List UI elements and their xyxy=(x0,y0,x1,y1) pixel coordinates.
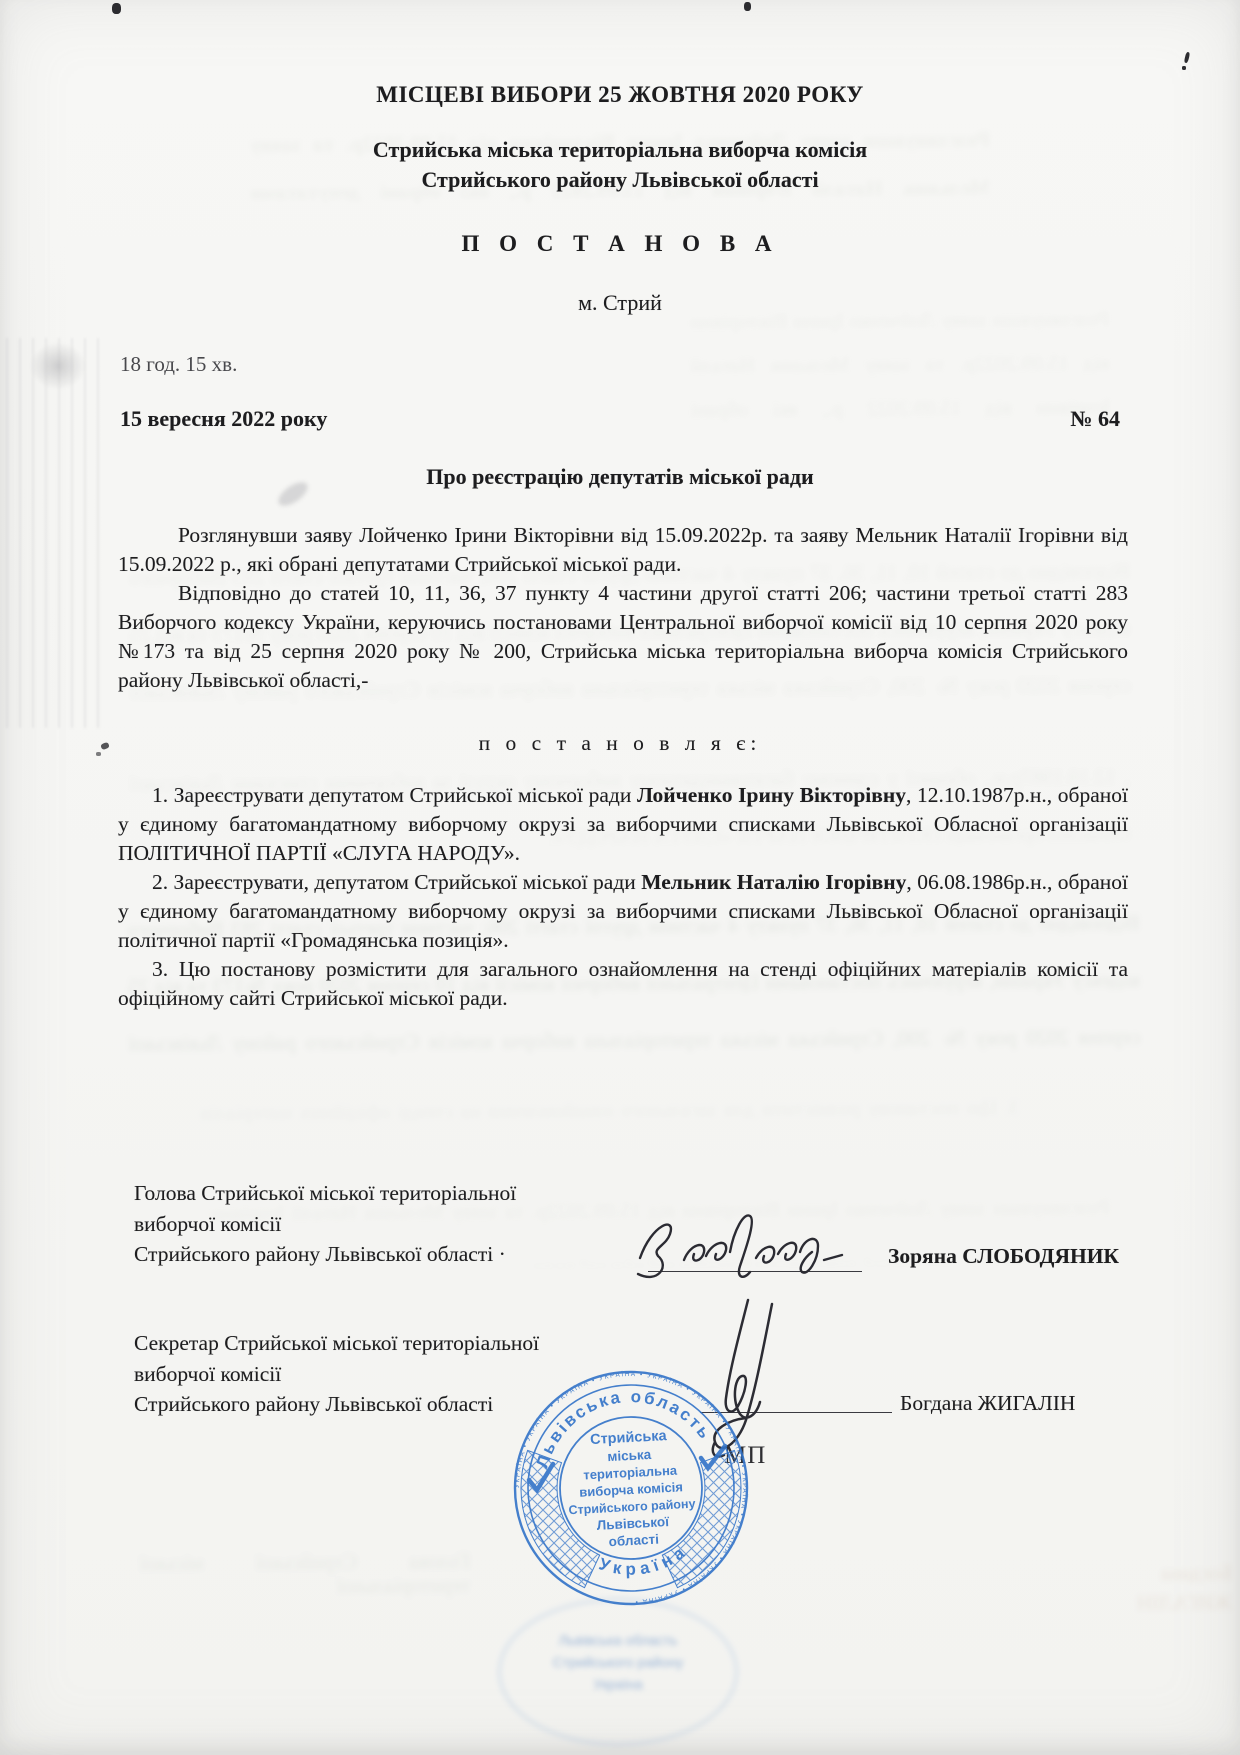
ink-mark xyxy=(100,742,110,750)
document-title: Про реєстрацію депутатів міської ради xyxy=(116,464,1124,490)
preamble-paragraph: Відповідно до статей 10, 11, 36, 37 пунк… xyxy=(118,579,1128,695)
commission-stamp: УКРАЇНА • УКРАЇНА • УКРАЇНА • УКРАЇНА • … xyxy=(511,1368,751,1608)
bleed-through-text: Богдана ЖИГАЛІН xyxy=(1062,1557,1232,1622)
svg-text:Львівської: Львівської xyxy=(596,1514,670,1533)
secretary-name: Богдана ЖИГАЛІН xyxy=(900,1391,1075,1416)
head-signature xyxy=(618,1196,850,1290)
item-text: 1. Зареєструвати депутатом Стрийської мі… xyxy=(152,783,637,807)
head-name: Зоряна СЛОБОДЯНИК xyxy=(888,1244,1119,1269)
ink-speck xyxy=(112,3,121,14)
svg-text:області: області xyxy=(608,1532,659,1550)
resolves-word: п о с т а н о в л я є: xyxy=(116,731,1124,756)
stamp-ghost-line: Україна xyxy=(501,1673,735,1695)
resolution-item-3: 3. Цю постанову розмістити для загальног… xyxy=(118,955,1128,1013)
svg-text:міська: міська xyxy=(607,1447,652,1464)
stamp-ghost-line: Львівська область xyxy=(501,1629,735,1651)
deputy-name: Мельник Наталію Ігорівну xyxy=(641,870,906,894)
scanned-document-page: Розглянувши заяву Лойченко Ірини Вікторі… xyxy=(0,0,1240,1755)
document-number: № 64 xyxy=(1070,406,1120,432)
date-number-row: 15 вересня 2022 року № 64 xyxy=(120,406,1120,432)
preamble-block: Розглянувши заяву Лойченко Ірини Вікторі… xyxy=(118,521,1128,695)
stamp-bleed-through: Львівська область Стрийського району Укр… xyxy=(498,1598,738,1746)
bleed-through-text: Голова Стрийської міської територіальної xyxy=(140,1549,470,1599)
scan-streak-artifact xyxy=(6,338,106,728)
document-date: 15 вересня 2022 року xyxy=(120,406,327,432)
resolution-item-1: 1. Зареєструвати депутатом Стрийської мі… xyxy=(118,781,1128,868)
election-header: МІСЦЕВІ ВИБОРИ 25 ЖОВТНЯ 2020 РОКУ xyxy=(116,82,1124,108)
stamp-ghost-line: Стрийського району xyxy=(501,1651,735,1673)
bleed-through-text: 3. Цю постанову розмістити для загальног… xyxy=(200,1079,1020,1151)
document-type-title: П О С Т А Н О В А xyxy=(116,231,1124,257)
role-line: Секретар Стрийської міської територіальн… xyxy=(134,1328,694,1359)
ink-mark xyxy=(1182,66,1186,70)
resolution-items-block: 1. Зареєструвати депутатом Стрийської мі… xyxy=(118,781,1128,1013)
commission-name-line1: Стрийська міська територіальна виборча к… xyxy=(116,137,1124,163)
commission-name-line2: Стрийського району Львівської області xyxy=(116,167,1124,193)
svg-text:Стрийська: Стрийська xyxy=(590,1428,668,1448)
role-line: Стрийського району Львівської області · xyxy=(134,1239,694,1270)
role-line: Голова Стрийської міської територіальної xyxy=(134,1178,694,1209)
ink-speck xyxy=(744,2,751,11)
stamp-center-text: Стрийська міська територіальна виборча к… xyxy=(565,1427,698,1551)
deputy-name: Лойченко Ірину Вікторівну xyxy=(637,783,906,807)
preamble-paragraph: Розглянувши заяву Лойченко Ірини Вікторі… xyxy=(118,521,1128,579)
head-role-block: Голова Стрийської міської територіальної… xyxy=(134,1178,694,1270)
ink-mark xyxy=(96,752,101,756)
role-line: виборчої комісії xyxy=(134,1209,694,1240)
svg-text:Стрийського району: Стрийського району xyxy=(568,1497,696,1518)
item-text: 3. Цю постанову розмістити для загальног… xyxy=(118,957,1128,1010)
item-text: 2. Зареєструвати, депутатом Стрийської м… xyxy=(152,870,641,894)
city-line: м. Стрий xyxy=(116,290,1124,316)
svg-text:виборча комісія: виборча комісія xyxy=(579,1479,683,1499)
time-line: 18 год. 15 хв. xyxy=(120,352,237,377)
ink-mark xyxy=(1184,52,1191,64)
resolution-item-2: 2. Зареєструвати, депутатом Стрийської м… xyxy=(118,868,1128,955)
